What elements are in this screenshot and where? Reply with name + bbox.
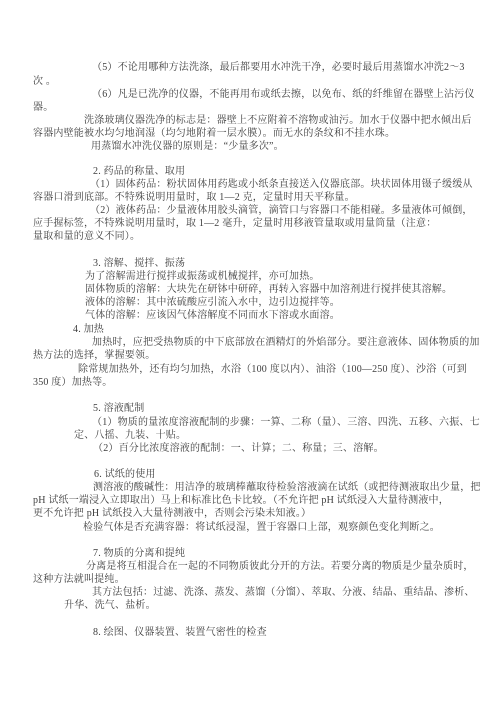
text-line: （1）固体药品：粉状固体用药匙或小纸条直接送入仪器底部。块状固体用镊子缓缓从 [90, 178, 473, 191]
text-line: 5. 溶液配制 [93, 402, 144, 415]
text-line: 应手握标签，不特殊说明用量时，取 1—2 毫升，定量时用移液管量取或用量筒量（注… [33, 217, 436, 230]
text-line: 洗涤玻璃仪器洗净的标志是：器壁上不应附着不溶物或油污。加水于仪器中把水倾出后 [84, 114, 472, 127]
text-line: 2. 药品的称量、取用 [93, 165, 185, 178]
text-line: 测溶液的酸碱性：用洁净的玻璃棒蘸取待检验溶液滴在试纸（或把待测液取出少量，把 [93, 481, 481, 494]
text-line: 热方法的选择，掌握要领。 [33, 349, 155, 362]
text-line: （2）百分比浓度溶液的配制：一、计算；二、称量；三、溶解。 [93, 442, 384, 455]
text-line: 其方法包括：过滤、洗涤、蒸发、蒸馏（分馏）、萃取、分液、结晶、重结晶、渗析、 [92, 586, 475, 599]
text-line: 气体的溶解：应该因气体溶解度不同而水下溶或水面溶。 [85, 309, 340, 322]
text-line: 为了溶解需进行搅拌或振荡或机械搅拌，亦可加热。 [85, 270, 320, 283]
text-line: 350 度）加热等。 [33, 376, 113, 389]
text-line: 用蒸馏水冲洗仪器的原则是：“少量多次”。 [91, 140, 284, 153]
text-line: 分离是将互相混合在一起的不同物质彼此分开的方法。若要分离的物质是少量杂质时， [86, 560, 474, 573]
text-line: 4. 加热 [73, 323, 104, 336]
text-line: （6）凡是已洗净的仪器，不能再用布或纸去擦，以免布、纸的纤维留在器壁上沾污仪 [92, 88, 475, 101]
text-line: pH 试纸一端浸入立即取出）马上和标准比色卡比较。（不允许把 pH 试纸浸入大量… [33, 494, 449, 507]
text-line: 液体的溶解：其中浓硫酸应引流入水中，边引边搅拌等。 [85, 296, 340, 309]
text-line: 器。 [33, 101, 53, 114]
text-line: （5）不论用哪种方法洗涤，最后都要用水冲洗干净，必要时最后用蒸馏水冲洗2～3 [92, 61, 465, 74]
text-line: 容器内壁能被水均匀地润湿（均匀地附着一层水膜）。而无水的条纹和不挂水珠。 [33, 127, 395, 140]
text-line: 升华、洗气、盐析。 [64, 599, 156, 612]
text-line: 容器口滑到底部。不特殊说明用量时，取 1—2 克，定量时用天平称量。 [33, 191, 355, 204]
text-line: 3. 溶解、搅拌、振荡 [93, 257, 185, 270]
text-line: 量取和量的意义不同）。 [33, 230, 140, 243]
text-line: 更不允许把 pH 试纸投入大量待测液中，否则会污染未知液。） [33, 507, 311, 520]
text-line: 这种方法就叫提纯。 [33, 573, 125, 586]
text-line: 6. 试纸的使用 [94, 468, 156, 481]
document-page: （5）不论用哪种方法洗涤，最后都要用水冲洗干净，必要时最后用蒸馏水冲洗2～3次 … [0, 0, 500, 707]
text-line: 7. 物质的分离和提纯 [93, 547, 185, 560]
text-line: 8. 绘图、仪器装置、装置气密性的检查 [93, 626, 267, 639]
text-line: 次 。 [33, 75, 56, 88]
text-line: 除常规加热外，还有均匀加热，水浴（100 度以内）、油浴（100—250 度）、… [78, 363, 467, 376]
text-line: 定、八摇、九装、十贴。 [74, 429, 186, 442]
text-line: 固体物质的溶解：大块先在研钵中研碎，再转入容器中加溶剂进行搅拌使其溶解。 [85, 283, 452, 296]
text-line: （1）物质的量浓度溶液配制的步骤：一算、二称（量）、三溶、四洗、五移、六振、七 [92, 416, 480, 429]
text-line: 加热时，应把受热物质的中下底部放在酒精灯的外焰部分。要注意液体、固体物质的加 [92, 336, 480, 349]
text-line: 检验气体是否充满容器：将试纸浸湿，置于容器口上部，观察颜色变化判断之。 [83, 521, 440, 534]
text-line: （2）液体药品：少量液体用胶头滴管，滴管口与容器口不能相碰。多量液体可倾倒， [90, 204, 473, 217]
